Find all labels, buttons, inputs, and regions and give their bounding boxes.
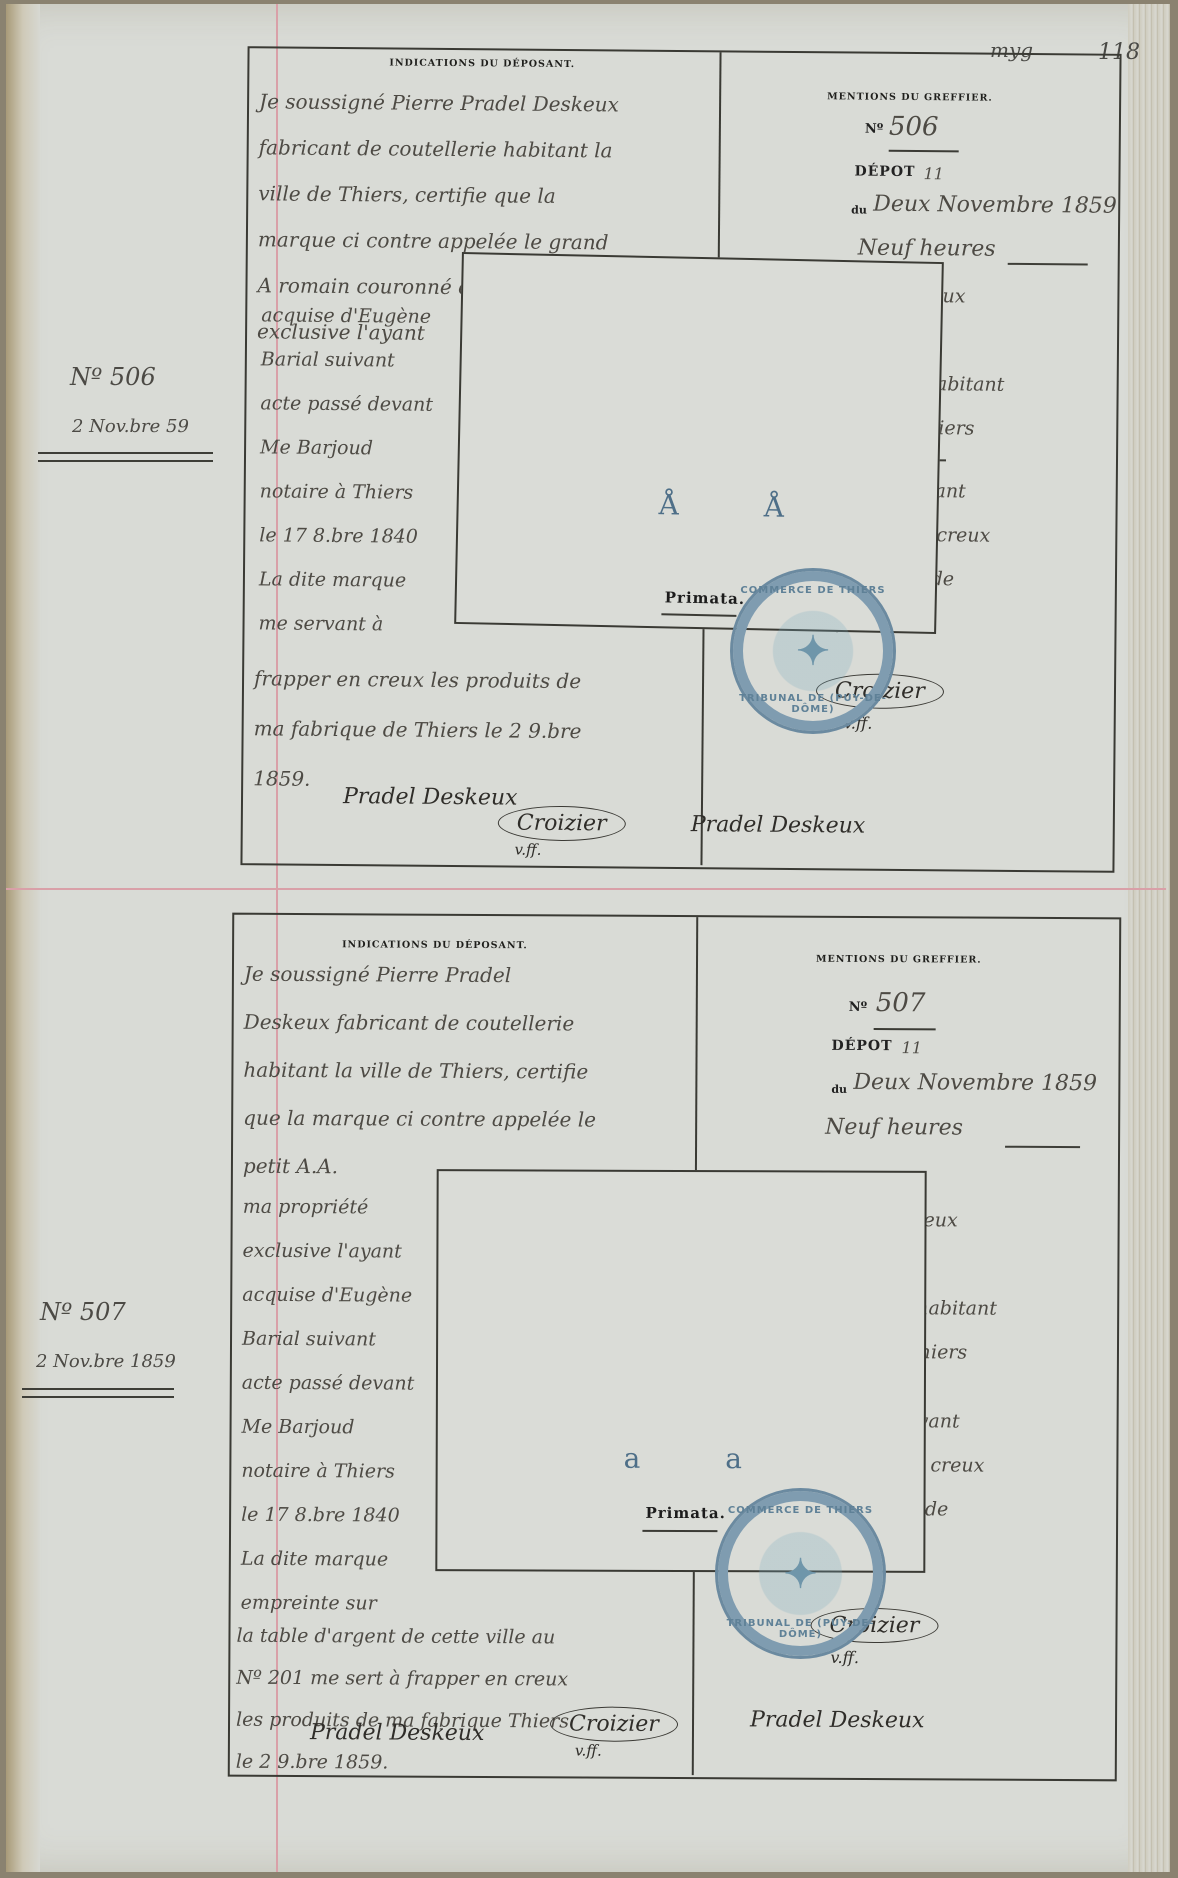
trademark-impression-box: Å Å Primata. [454, 252, 944, 634]
declaration-side: acquise d'Eugène Barial suivant acte pas… [258, 293, 434, 646]
depositor-signature: Pradel Deskeux [343, 784, 518, 811]
trademark-name-underline [642, 1530, 717, 1532]
declaration-bottom: la table d'argent de cette ville au Nº 2… [236, 1615, 570, 1785]
depot-label: DÉPOT [832, 1038, 893, 1054]
trademark-letters: a a [624, 1442, 780, 1476]
deposit-time: Neuf heures [825, 1103, 963, 1154]
margin-note-2-date: 2 Nov.bre 1859 [36, 1340, 176, 1384]
clerk-paraph: v.ff. [575, 1741, 602, 1759]
bottom-signature: Pradel Deskeux [750, 1707, 925, 1733]
clerk-header: MENTIONS DU GREFFIER. [816, 954, 982, 966]
bottom-signature: Pradel Deskeux [691, 812, 866, 839]
deposit-date: Deux Novembre 1859 [853, 1058, 1097, 1109]
trademark-letters: Å Å [658, 488, 822, 524]
margin-note-1-date: 2 Nov.bre 59 [72, 405, 189, 449]
margin-note-2-rule [22, 1388, 174, 1398]
date-prefix: du [831, 1083, 847, 1096]
time-rule [1008, 263, 1088, 266]
column-divider-top [718, 52, 722, 264]
number-value: 507 [876, 978, 926, 1028]
number-label: Nº [865, 122, 884, 137]
declaration-top: Je soussigné Pierre Pradel Deskeux fabri… [243, 950, 597, 1192]
eagle-emblem-icon: ✦ [784, 1550, 818, 1597]
depositor-signature: Pradel Deskeux [310, 1720, 485, 1746]
time-rule [1005, 1146, 1080, 1148]
margin-note-1-number: Nº 506 [70, 355, 156, 399]
page-edges [1128, 4, 1170, 1872]
clerk-signature: Croizier [550, 1706, 678, 1742]
column-divider-bottom [692, 1552, 695, 1775]
tribunal-seal-stamp: COMMERCE DE THIERS ✦ TRIBUNAL DE (PUY-DE… [730, 568, 896, 734]
column-divider-top [695, 917, 698, 1172]
depositor-header: INDICATIONS DU DÉPOSANT. [389, 57, 575, 70]
trademark-name-underline [661, 613, 736, 617]
declaration-bottom: frapper en creux les produits de ma fabr… [253, 653, 582, 806]
clerk-paraph: v.ff. [515, 841, 542, 859]
trademark-name: Primata. [645, 1504, 725, 1522]
clerk-signature: Croizier [498, 805, 626, 841]
depot-label: DÉPOT [854, 164, 915, 181]
book-binding [6, 4, 40, 1872]
seal-text-top: COMMERCE DE THIERS [718, 1505, 883, 1516]
eagle-emblem-icon: ✦ [796, 628, 830, 675]
tribunal-seal-stamp: COMMERCE DE THIERS ✦ TRIBUNAL DE (PUY-DE… [715, 1488, 886, 1659]
seal-text-bottom: TRIBUNAL DE (PUY-DE-DÔME) [718, 1618, 883, 1640]
seal-text-top: COMMERCE DE THIERS [733, 585, 893, 596]
number-label: Nº [849, 1000, 867, 1015]
date-prefix: du [851, 203, 867, 216]
seal-text-bottom: TRIBUNAL DE (PUY-DE-DÔME) [733, 693, 893, 715]
margin-line-horizontal [6, 888, 1166, 890]
declaration-side: ma propriété exclusive l'ayant acquise d… [241, 1185, 416, 1626]
number-value: 506 [889, 102, 939, 152]
margin-note-2-number: Nº 507 [40, 1290, 126, 1334]
margin-note-1-rule [38, 452, 213, 462]
